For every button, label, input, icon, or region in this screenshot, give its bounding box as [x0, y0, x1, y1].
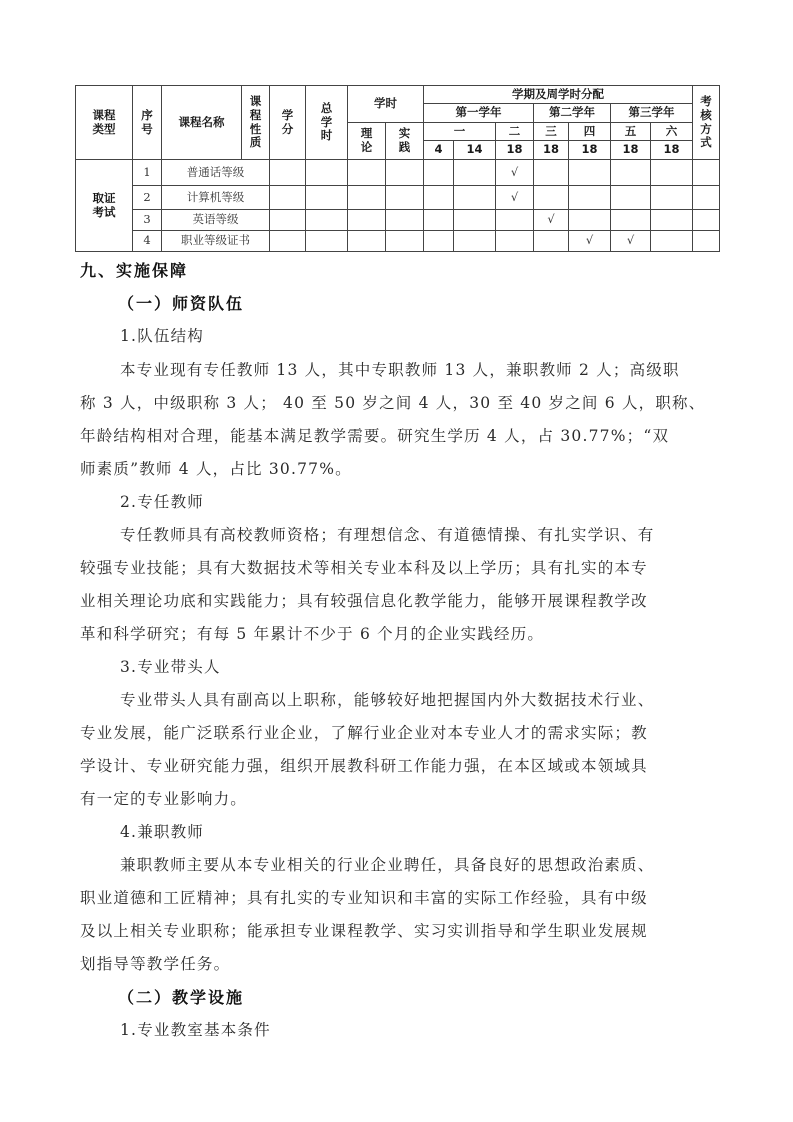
- paragraph-line: 年龄结构相对合理，能基本满足教学需要。研究生学历 4 人，占 30.77%；“双: [80, 420, 720, 453]
- paragraph-line: 职业道德和工匠精神；具有扎实的专业知识和丰富的实际工作经验，具有中级: [80, 882, 720, 915]
- section-heading: 九、实施保障: [80, 254, 720, 287]
- header-weeks: 18: [496, 141, 534, 160]
- row-seq: 3: [133, 210, 162, 231]
- header-weeks: 18: [569, 141, 611, 160]
- header-sem2: 二: [496, 123, 534, 141]
- header-year3: 第三学年: [611, 104, 693, 123]
- row-course-name: 英语等级: [162, 210, 270, 231]
- paragraph-line: 兼职教师主要从本专业相关的行业企业聘任，具备良好的思想政治素质、: [80, 849, 760, 882]
- check-mark: √: [611, 231, 651, 252]
- row-course-name: 计算机等级: [162, 186, 270, 210]
- header-assessment: 考核方式: [693, 86, 720, 160]
- check-mark: √: [496, 160, 534, 186]
- paragraph-line: 有一定的专业影响力。: [80, 783, 720, 816]
- header-weeks: 18: [534, 141, 569, 160]
- header-sem3: 三: [534, 123, 569, 141]
- header-weeks: 18: [651, 141, 693, 160]
- header-sem1: 一: [424, 123, 496, 141]
- item-heading: 3.专业带头人: [80, 651, 760, 684]
- paragraph-line: 师素质”教师 4 人，占比 30.77%。: [80, 453, 720, 486]
- header-year1: 第一学年: [424, 104, 534, 123]
- header-course-name: 课程名称: [162, 86, 242, 160]
- check-mark: √: [496, 186, 534, 210]
- header-weeks: 4: [424, 141, 454, 160]
- group-label: 取证考试: [76, 160, 133, 252]
- header-sem4: 四: [569, 123, 611, 141]
- paragraph-line: 本专业现有专任教师 13 人，其中专职教师 13 人，兼职教师 2 人；高级职: [80, 354, 760, 387]
- header-seq: 序号: [133, 86, 162, 160]
- check-mark: √: [569, 231, 611, 252]
- header-theory: 理论: [348, 123, 386, 160]
- header-sem6: 六: [651, 123, 693, 141]
- row-seq: 4: [133, 231, 162, 252]
- item-heading: 2.专任教师: [80, 486, 760, 519]
- paragraph-line: 称 3 人，中级职称 3 人； 40 至 50 岁之间 4 人，30 至 40 …: [80, 387, 720, 420]
- header-course-nature: 课程性质: [242, 86, 270, 160]
- check-mark: √: [534, 210, 569, 231]
- header-total-hours: 总学时: [306, 86, 348, 160]
- header-course-type: 课程类型: [76, 86, 133, 160]
- item-heading: 4.兼职教师: [80, 816, 760, 849]
- paragraph-line: 专业带头人具有副高以上职称，能够较好地把握国内外大数据技术行业、: [80, 684, 760, 717]
- paragraph-line: 较强专业技能；具有大数据技术等相关专业本科及以上学历；具有扎实的本专: [80, 552, 720, 585]
- paragraph-line: 划指导等教学任务。: [80, 948, 720, 981]
- item-heading: 1.专业教室基本条件: [80, 1014, 760, 1047]
- header-weeks: 14: [454, 141, 496, 160]
- table-row: 3 英语等级 √: [76, 210, 720, 231]
- row-seq: 2: [133, 186, 162, 210]
- table-row: 4 职业等级证书 √√: [76, 231, 720, 252]
- row-course-name: 普通话等级: [162, 160, 270, 186]
- table-row: 2 计算机等级 √: [76, 186, 720, 210]
- header-weeks: 18: [611, 141, 651, 160]
- paragraph-line: 业相关理论功底和实践能力；具有较强信息化教学能力，能够开展课程教学改: [80, 585, 720, 618]
- header-sem5: 五: [611, 123, 651, 141]
- row-course-name: 职业等级证书: [162, 231, 270, 252]
- course-schedule-table: 课程类型 序号 课程名称 课程性质 学分 总学时 学时 学期及周学时分配 考核方…: [75, 85, 720, 252]
- header-credits: 学分: [270, 86, 306, 160]
- header-practice: 实践: [386, 123, 424, 160]
- paragraph-line: 专任教师具有高校教师资格；有理想信念、有道德情操、有扎实学识、有: [80, 519, 760, 552]
- header-year2: 第二学年: [534, 104, 611, 123]
- table-row: 取证考试 1 普通话等级 √: [76, 160, 720, 186]
- subsection-heading: （一）师资队伍: [118, 287, 758, 320]
- header-hours: 学时: [348, 86, 424, 123]
- subsection-heading: （二）教学设施: [118, 981, 758, 1014]
- row-seq: 1: [133, 160, 162, 186]
- item-heading: 1.队伍结构: [80, 320, 760, 353]
- paragraph-line: 革和科学研究；有每 5 年累计不少于 6 个月的企业实践经历。: [80, 618, 720, 651]
- paragraph-line: 学设计、专业研究能力强，组织开展教科研工作能力强，在本区域或本领域具: [80, 750, 720, 783]
- paragraph-line: 专业发展，能广泛联系行业企业，了解行业企业对本专业人才的需求实际；教: [80, 717, 720, 750]
- paragraph-line: 及以上相关专业职称；能承担专业课程教学、实习实训指导和学生职业发展规: [80, 915, 720, 948]
- header-semester-dist: 学期及周学时分配: [424, 86, 693, 104]
